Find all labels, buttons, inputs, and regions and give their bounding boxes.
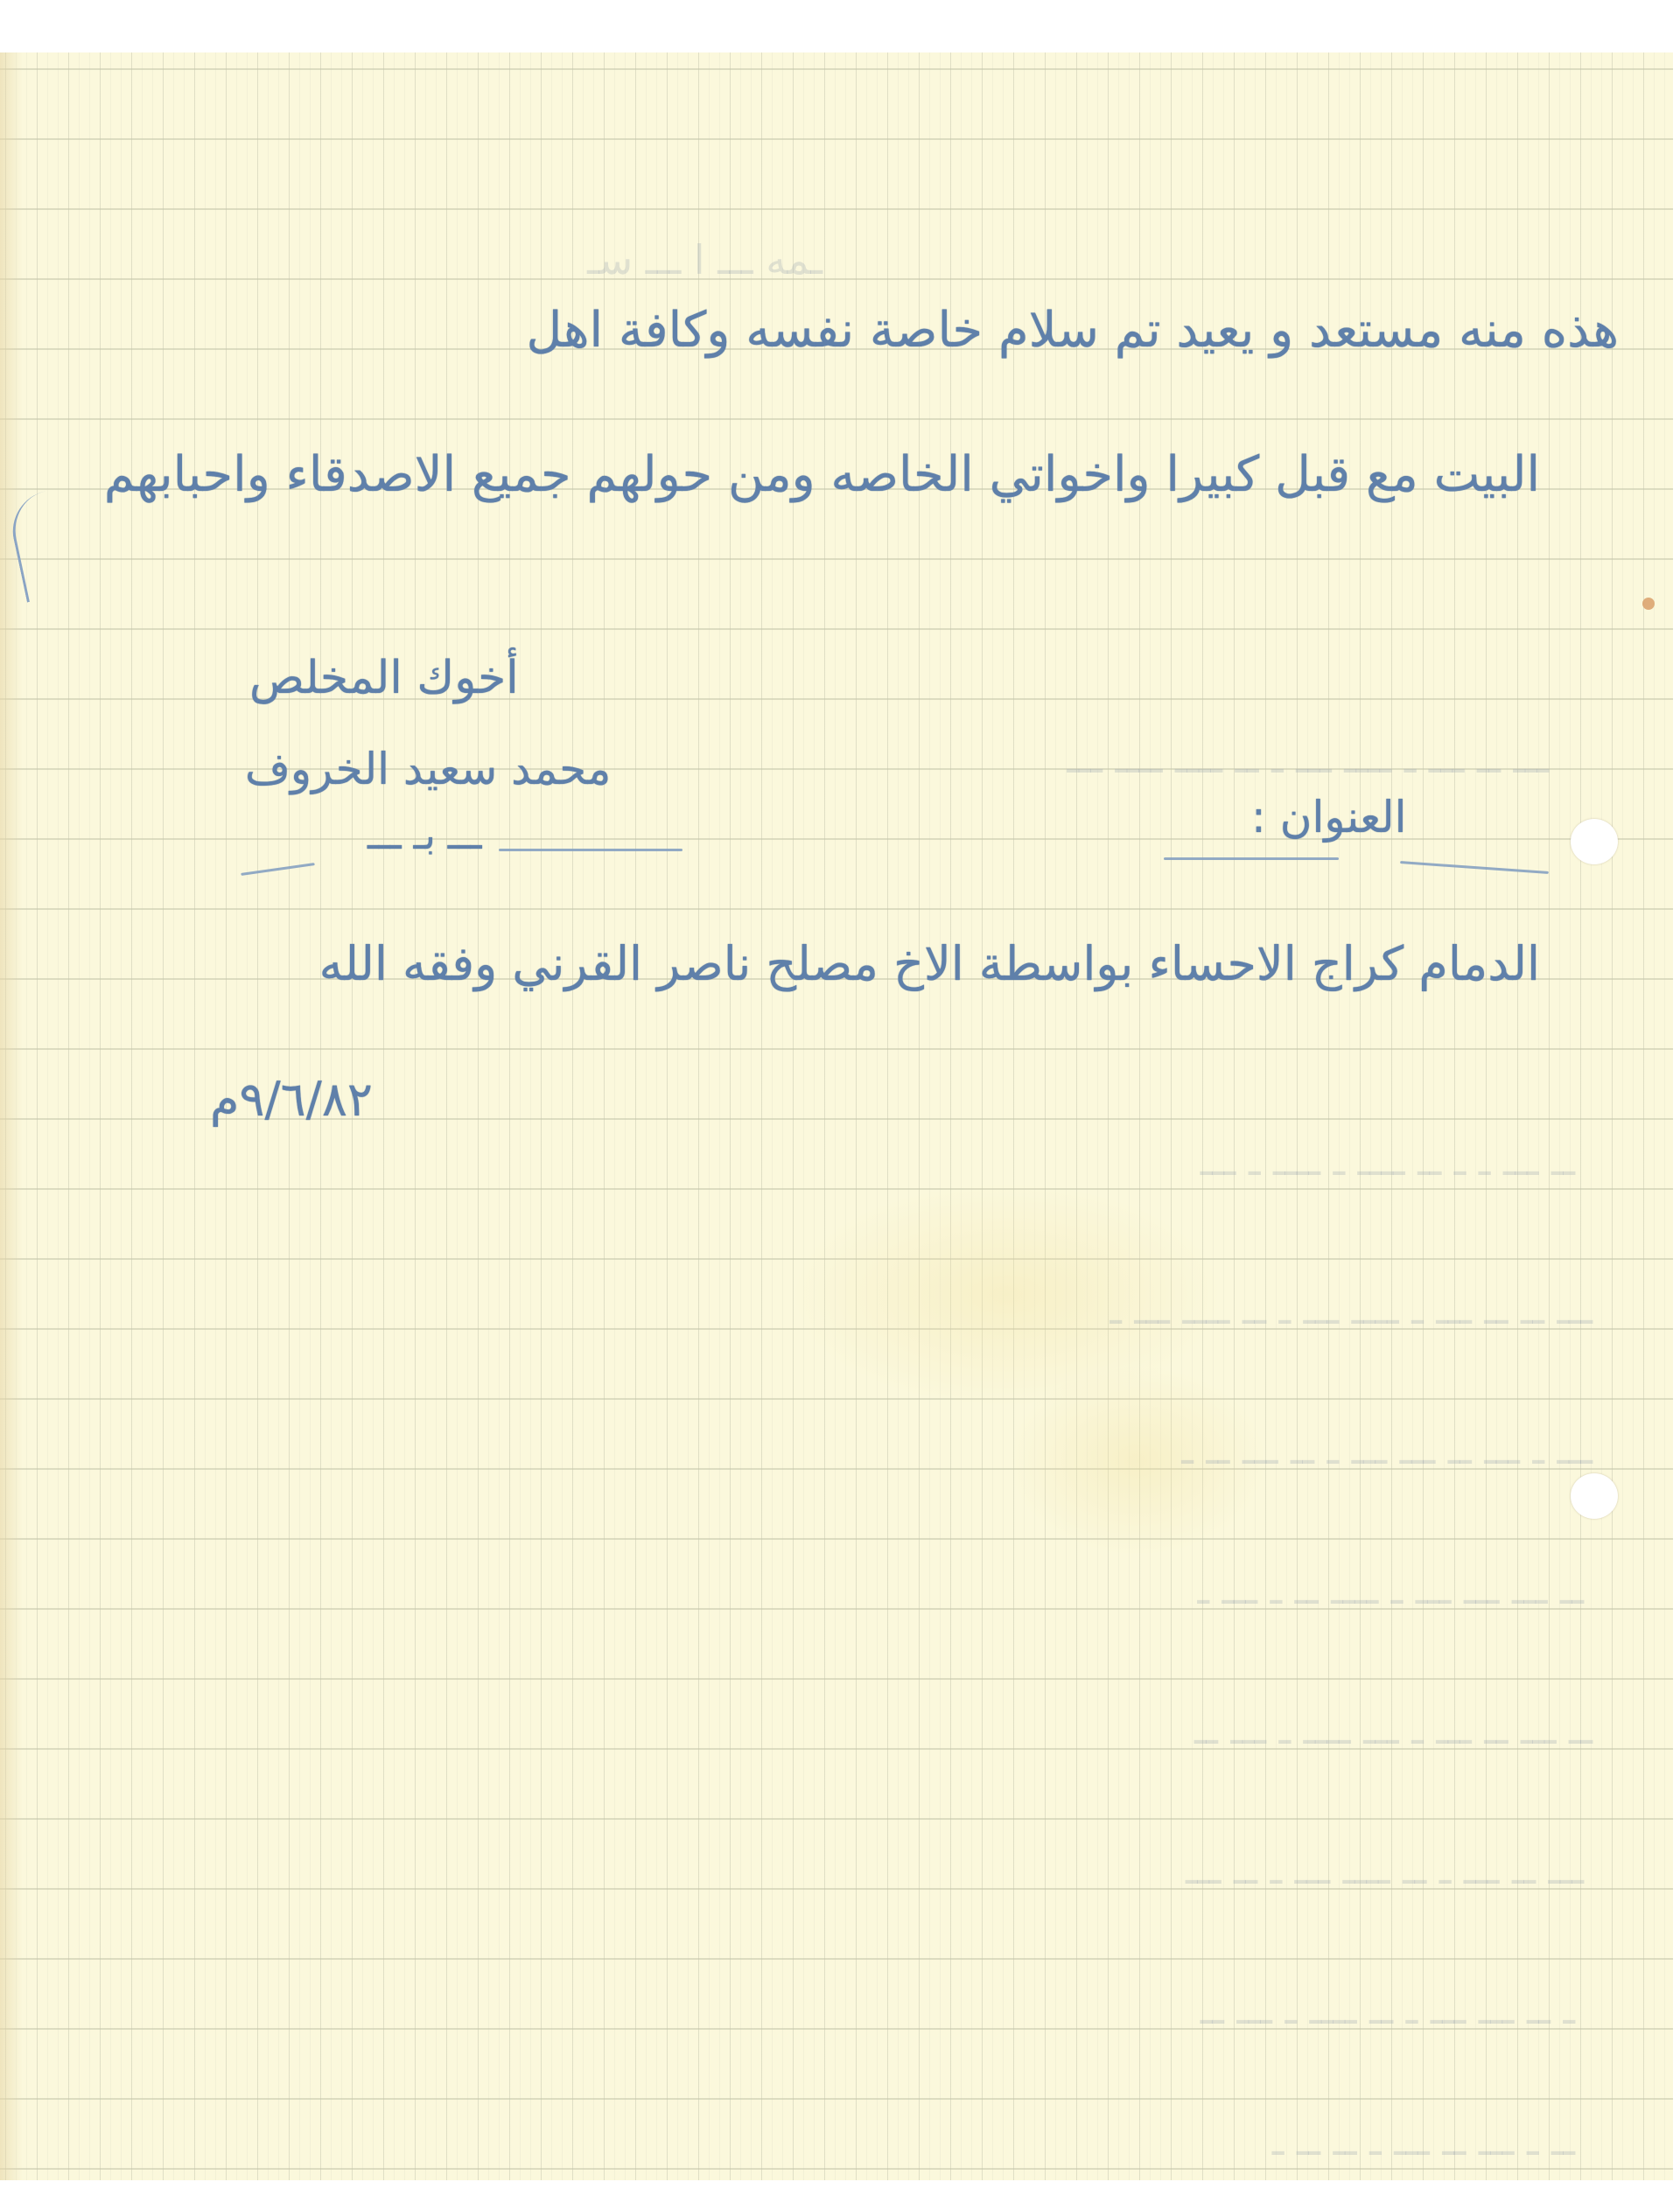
signature-mark: ـــ بـ ـــ: [367, 814, 481, 858]
bleed-through-text: ـــ ــ ــ ـــ ـ ــــ ـــ ـ ــ ــــ ـــ ـ: [1109, 1286, 1592, 1333]
paper-left-edge: [0, 52, 23, 2180]
bleed-through-text: ــ ـ ـــ ــ ـــ ـ ــ ــ ـ: [1272, 2117, 1575, 2165]
letter-line-2: البيت مع قبل كبيرا واخواتي الخاصه ومن حو…: [104, 446, 1540, 503]
signature-name: محمد سعيد الخروف: [245, 744, 611, 794]
punch-hole: [1571, 1473, 1618, 1519]
address-underline: [1164, 857, 1339, 860]
closing-phrase: أخوك المخلص: [249, 652, 519, 704]
punch-hole: [1571, 819, 1618, 864]
ink-spot: [1642, 598, 1655, 610]
bleed-through-text: ــ ـــ ـــ ـــ ـ ــــ ــ ـ ـــ ـ: [1197, 1566, 1584, 1613]
bleed-through-text: ــ ـــ ــ ـــ ـ ـــ ــــ ـ ـــ ــ: [1194, 1706, 1592, 1753]
bleed-through-text: ـــ ــ ـــ ـ ــ ــــ ـــ ـ ــ ـــ: [1186, 1846, 1584, 1893]
bleed-through-text: ـــ ــ ـــ ـ ــــ ـــ ـ ــ ــــ ــــ ـــ: [1067, 735, 1549, 782]
address-line: الدمام كراج الاحساء بواسطة الاخ مصلح ناص…: [319, 936, 1540, 991]
letter-date: ٩/٦/٨٢م: [210, 1072, 373, 1127]
bleed-through-text: ـــ ـ ـــ ــ ـــ ـــ ـ ــ ـــ ــ ـ: [1181, 1426, 1592, 1473]
address-label: العنوان :: [1251, 792, 1407, 843]
letter-line-1: هذه منه مستعد و يعيد تم سلام خاصة نفسه و…: [527, 302, 1619, 359]
bleed-through-text: ــ ـــ ـ ـ ــ ــــ ـ ــــ ـ ـــ: [1200, 1137, 1575, 1185]
signature-underline: [499, 849, 682, 851]
bleed-through-text: ـمه ـــ ا ـــ سـ: [587, 236, 822, 283]
bleed-through-text: ـ ــ ـــ ـــ ـ ــ ــــ ـ ـــ ــ: [1200, 1986, 1575, 2033]
